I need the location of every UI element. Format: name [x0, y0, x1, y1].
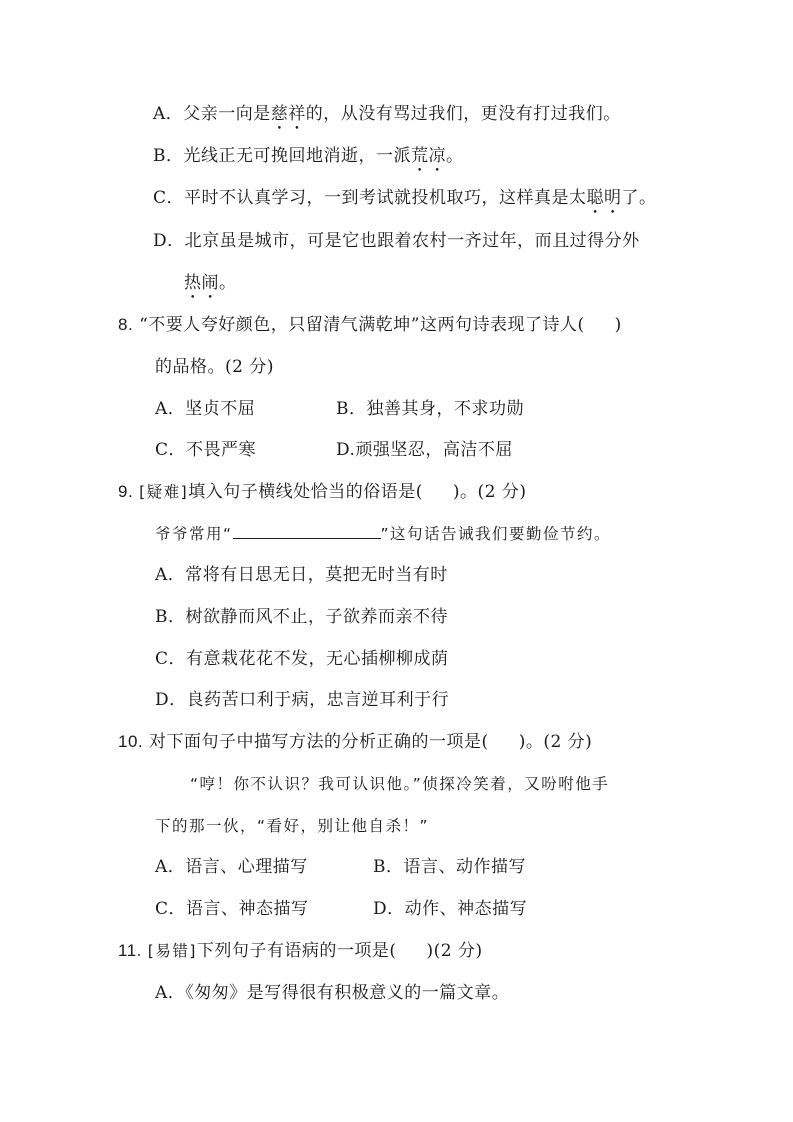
q7-option-a: A．父亲一向是慈祥的，从没有骂过我们，更没有打过我们。 [153, 103, 621, 134]
q8-option-b: B．独善其身，不求功勋 [336, 398, 524, 420]
q10-option-b: B．语言、动作描写 [373, 856, 526, 878]
q10-passage-line2: 下的那一伙，“看好，别让他自杀！” [155, 815, 429, 837]
q9-option-a: A．常将有日思无日，莫把无时当有时 [155, 564, 448, 586]
fill-in-blank-line [233, 522, 381, 539]
q11-option-a: A．《匆匆》是写得很有积极意义的一篇文章。 [155, 982, 509, 1004]
q10-option-d: D．动作、神态描写 [373, 898, 527, 920]
dotted-word: 荒凉 [411, 146, 446, 166]
question-number: 9. [118, 482, 133, 501]
dotted-word: 聪明 [587, 188, 622, 208]
q10-stem: 10. 对下面句子中描写方法的分析正确的一项是()。(2 分) [118, 731, 592, 753]
q9-stem: 9. [疑难]填入句子横线处恰当的俗语是()。(2 分) [118, 481, 526, 503]
q7-option-c: C．平时不认真学习，一到考试就投机取巧，这样真是太聪明了。 [153, 187, 657, 218]
q8-stem-cont: 的品格。(2 分) [155, 356, 274, 378]
q8-option-d: D.顽强坚忍，高洁不屈 [336, 439, 513, 461]
q7-option-d-cont: 热闹。 [184, 272, 237, 303]
difficulty-tag: [疑难] [139, 483, 188, 501]
option-label: C． [153, 188, 184, 208]
q9-sentence: 爷爷常用“”这句话告诫我们要勤俭节约。 [155, 522, 611, 545]
q10-option-c: C．语言、神态描写 [155, 898, 309, 920]
q8-stem: 8. “不要人夸好颜色，只留清气满乾坤”这两句诗表现了诗人() [118, 314, 622, 336]
option-label: A． [153, 104, 183, 124]
q8-option-c: C．不畏严寒 [155, 439, 256, 461]
q10-option-a: A．语言、心理描写 [155, 856, 308, 878]
q9-option-d: D．良药苦口利于病，忠言逆耳利于行 [155, 689, 449, 711]
option-label: D． [153, 231, 185, 251]
option-label: B． [153, 146, 184, 166]
q7-option-d: D．北京虽是城市，可是它也跟着农村一齐过年，而且过得分外 [153, 230, 640, 252]
q11-stem: 11. [易错]下列句子有语病的一项是()(2 分) [118, 940, 483, 962]
q7-option-b: B．光线正无可挽回地消逝，一派荒凉。 [153, 145, 464, 176]
question-number: 8. [118, 315, 133, 334]
dotted-word: 慈祥 [271, 104, 306, 124]
q9-option-c: C．有意栽花花不发，无心插柳柳成荫 [155, 648, 449, 670]
q9-option-b: B．树欲静而风不止，子欲养而亲不待 [155, 606, 448, 628]
q8-option-a: A．坚贞不屈 [155, 398, 255, 420]
question-number: 10. [118, 732, 143, 751]
question-number: 11. [118, 941, 142, 960]
dotted-word: 热闹 [184, 273, 219, 293]
q10-passage-line1: “哼！你不认识？我可认识他。”侦探冷笑着，又吩咐他手 [190, 773, 609, 795]
difficulty-tag: [易错] [148, 942, 197, 960]
